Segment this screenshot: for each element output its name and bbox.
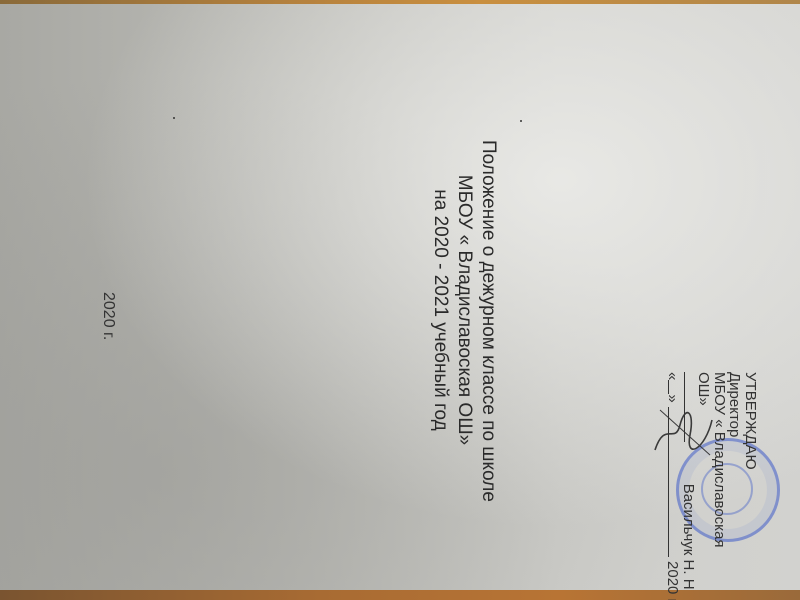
title-line-1: Положение о дежурном классе по школе [476,140,500,480]
approval-signatory: Васильчук Н. Н [680,484,697,590]
approval-org-line1: МБОУ « Владиславоская [712,372,728,600]
document-title: Положение о дежурном классе по школе МБО… [428,140,500,480]
signature-blank [684,372,685,442]
approval-position: Директор [727,372,743,600]
approval-signature-line: Васильчук Н. Н [681,372,697,600]
title-line-3: на 2020 - 2021 учебный год [428,140,452,480]
approval-block: УТВЕРЖДАЮ Директор МБОУ « Владиславоская… [665,372,758,600]
approval-date-year: 2020 г. [665,561,682,600]
approval-heading: УТВЕРЖДАЮ [743,372,759,600]
paper-speck [520,120,522,122]
footer-year: 2020 г. [99,292,117,340]
date-quote-close: » [665,394,682,402]
approval-org-line2: ОШ» [696,372,712,600]
month-blank [669,407,670,557]
approval-date-line: «» 2020 г. [665,372,681,600]
paper-speck [173,117,175,119]
date-quote-open: « [665,372,682,380]
title-line-2: МБОУ « Владиславоская ОШ» [452,140,476,480]
day-blank [669,380,670,394]
